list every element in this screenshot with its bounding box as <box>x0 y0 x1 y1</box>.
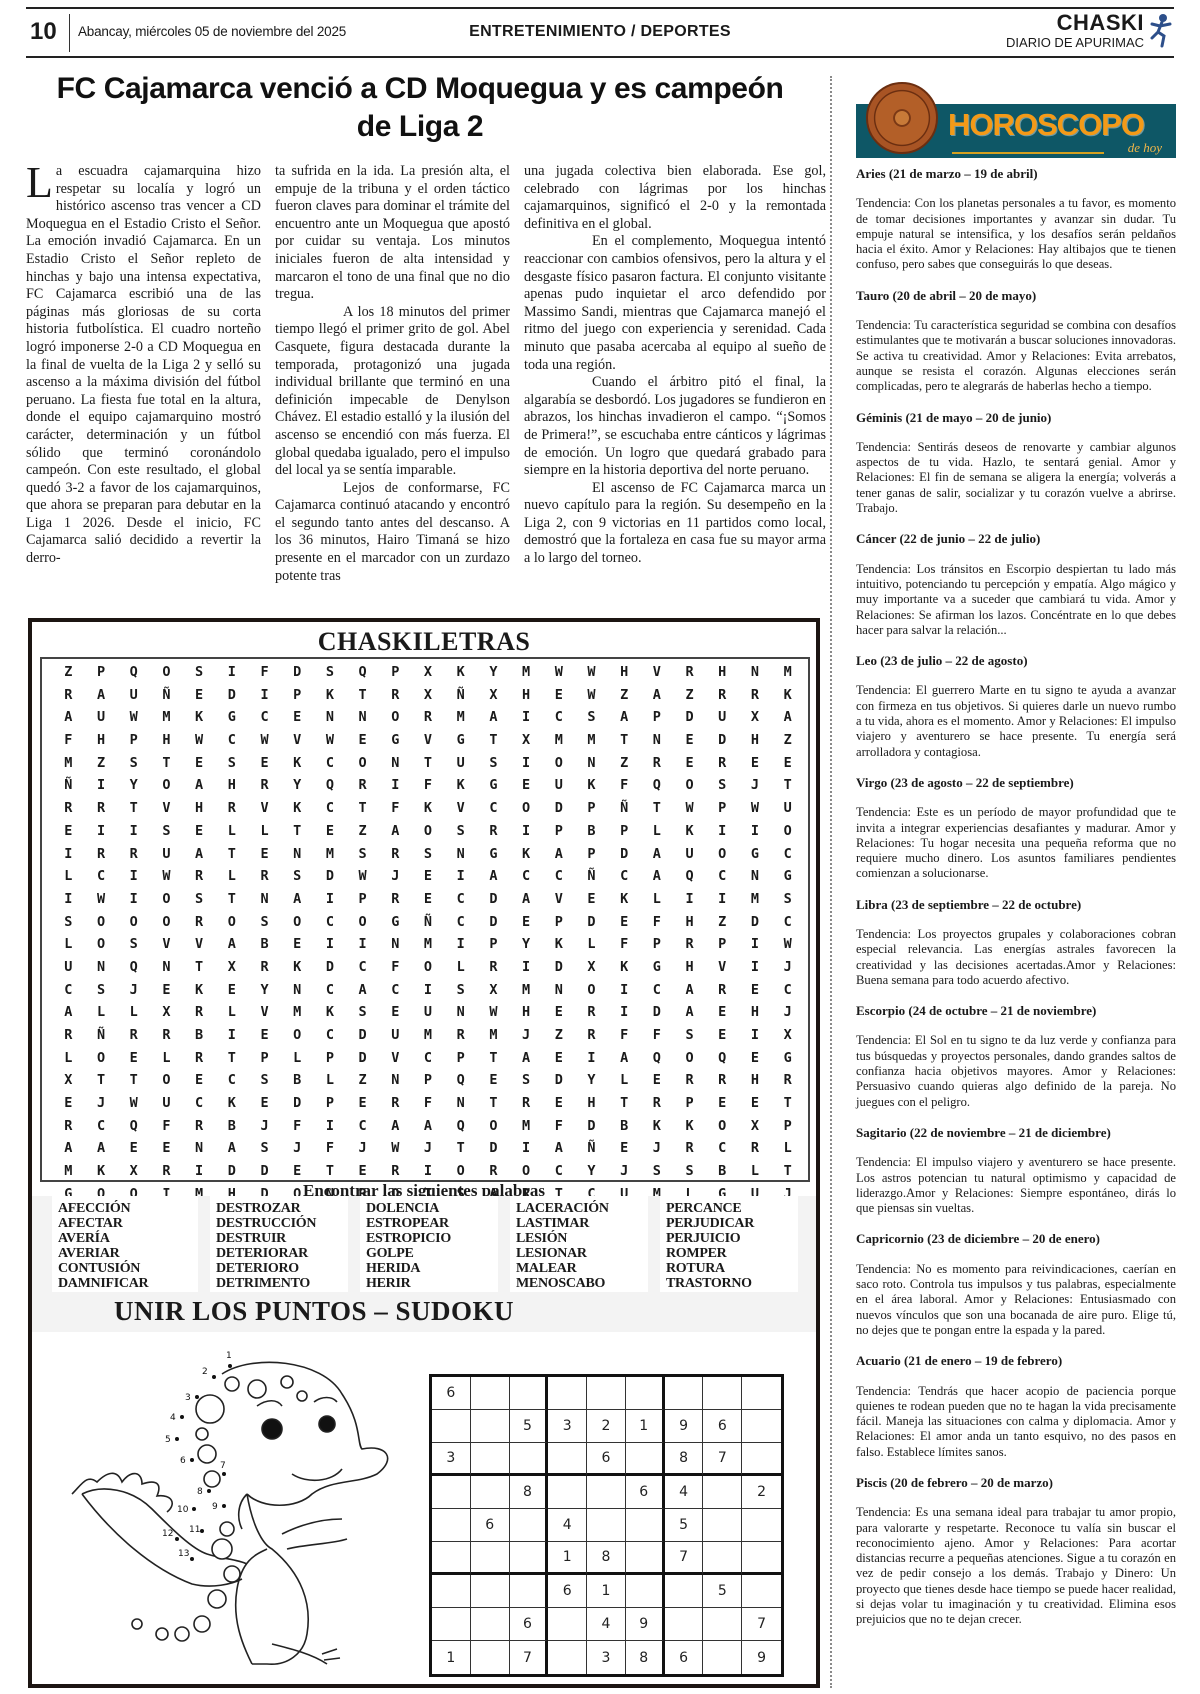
horoscope-title: HOROSCOPO <box>948 107 1144 143</box>
wordsearch-letter: H <box>85 729 118 752</box>
wordsearch-letter: E <box>52 820 85 843</box>
sudoku-cell: 6 <box>587 1443 626 1476</box>
wordsearch-letter: O <box>346 911 379 934</box>
wordsearch-letter: O <box>150 774 183 797</box>
wordsearch-letter: J <box>739 774 772 797</box>
wordsearch-letter: W <box>477 1001 510 1024</box>
wordsearch-letter: A <box>412 1115 445 1138</box>
wordsearch-letter: K <box>314 1001 347 1024</box>
wordsearch-letter: B <box>215 1115 248 1138</box>
article-paragraph: Lejos de conformarse, FC Cajamarca conti… <box>275 480 510 586</box>
wordsearch-letter: L <box>281 1047 314 1070</box>
wordsearch-letter: D <box>542 797 575 820</box>
wordsearch-letter: Y <box>510 933 543 956</box>
wordsearch-letter: T <box>477 729 510 752</box>
sign-title: Leo (23 de julio – 22 de agosto) <box>856 653 1176 668</box>
sudoku-cell[interactable] <box>742 1542 781 1575</box>
wordsearch-letter: C <box>215 729 248 752</box>
wordsearch-letter: K <box>608 888 641 911</box>
wordsearch-letter: R <box>85 797 118 820</box>
wordsearch-letter: C <box>771 843 804 866</box>
word-item: CONTUSIÓN <box>58 1261 198 1276</box>
word-item: HERIDA <box>366 1261 498 1276</box>
wordsearch-letter: E <box>542 684 575 707</box>
wordsearch-letter: X <box>412 684 445 707</box>
wordsearch-letter: W <box>771 933 804 956</box>
sudoku-cell[interactable] <box>471 1443 510 1476</box>
wordsearch-letter: D <box>281 1092 314 1115</box>
wordsearch-letter: S <box>117 933 150 956</box>
sudoku-cell: 8 <box>665 1443 704 1476</box>
wordsearch-letter: I <box>412 1160 445 1183</box>
wordsearch-letter: S <box>346 1001 379 1024</box>
wordsearch-letter: S <box>85 979 118 1002</box>
wordsearch-letter: W <box>248 729 281 752</box>
wordsearch-letter: H <box>673 911 706 934</box>
wordsearch-letter: H <box>608 661 641 684</box>
sudoku-cell[interactable] <box>742 1509 781 1542</box>
wordsearch-letter: R <box>215 797 248 820</box>
sudoku-cell: 8 <box>626 1641 665 1674</box>
sudoku-cell[interactable] <box>432 1509 471 1542</box>
svg-text:7: 7 <box>220 1461 226 1471</box>
wordsearch-letter: A <box>477 865 510 888</box>
wordsearch-letter: E <box>575 888 608 911</box>
wordsearch-letter: R <box>183 1047 216 1070</box>
wordsearch-letter: L <box>248 820 281 843</box>
wordsearch-letter: O <box>412 820 445 843</box>
word-item: DESTRUIR <box>216 1231 348 1246</box>
wordsearch-letter: Ñ <box>412 911 445 934</box>
wordsearch-letter: T <box>150 752 183 775</box>
sudoku-cell[interactable] <box>548 1377 587 1410</box>
wordsearch-letter: C <box>608 865 641 888</box>
wordsearch-letter: I <box>444 865 477 888</box>
sign-title: Capricornio (23 de diciembre – 20 de ene… <box>856 1231 1176 1246</box>
wordsearch-letter: Z <box>608 684 641 707</box>
wordsearch-letter: C <box>52 979 85 1002</box>
wordsearch-letter: I <box>510 1137 543 1160</box>
wordsearch-letter: F <box>379 956 412 979</box>
sudoku-cell: 5 <box>510 1410 549 1443</box>
sudoku-cell[interactable] <box>742 1575 781 1608</box>
wordsearch-letter: A <box>215 1137 248 1160</box>
wordsearch-letter: S <box>771 888 804 911</box>
svg-text:6: 6 <box>180 1456 186 1466</box>
sudoku-cell[interactable] <box>626 1377 665 1410</box>
wordsearch-letter: O <box>379 706 412 729</box>
wordsearch-letter: V <box>150 797 183 820</box>
chaski-runner-logo-icon <box>1148 12 1174 50</box>
sudoku-cell[interactable] <box>510 1377 549 1410</box>
wordsearch-letter: R <box>379 843 412 866</box>
wordsearch-letter: S <box>575 706 608 729</box>
sudoku-cell: 1 <box>432 1641 471 1674</box>
sudoku-cell[interactable] <box>510 1509 549 1542</box>
wordsearch-letter: V <box>379 1047 412 1070</box>
wordsearch-letter: K <box>183 706 216 729</box>
wordsearch-letter: T <box>346 797 379 820</box>
sudoku-cell[interactable] <box>626 1542 665 1575</box>
brand-subtitle: DIARIO DE APURIMAC <box>1006 36 1144 49</box>
wordsearch-letter: U <box>150 843 183 866</box>
sudoku-cell: 6 <box>665 1641 704 1674</box>
wordsearch-letter: K <box>771 684 804 707</box>
wordsearch-letter: M <box>477 1024 510 1047</box>
wordsearch-letter: I <box>85 820 118 843</box>
article-paragraph: A los 18 minutos del primer tiempo llegó… <box>275 304 510 480</box>
wordsearch-letter: L <box>215 865 248 888</box>
sudoku-cell[interactable] <box>548 1608 587 1641</box>
wordsearch-letter: N <box>444 843 477 866</box>
wordsearch-letter: P <box>575 797 608 820</box>
wordsearch-letter: U <box>52 956 85 979</box>
wordsearch-letter: S <box>510 1069 543 1092</box>
sudoku-cell[interactable] <box>703 1641 742 1674</box>
wordsearch-letter: X <box>117 1160 150 1183</box>
wordsearch-letter: S <box>183 661 216 684</box>
wordsearch-letter: A <box>379 820 412 843</box>
sudoku-cell[interactable] <box>703 1608 742 1641</box>
wordsearch-letter: R <box>706 1069 739 1092</box>
wordsearch-letter: O <box>542 752 575 775</box>
wordsearch-letter: W <box>117 1092 150 1115</box>
wordsearch-letter: U <box>150 1092 183 1115</box>
wordsearch-letter: M <box>412 1024 445 1047</box>
sudoku-cell[interactable] <box>626 1509 665 1542</box>
wordsearch-letter: S <box>444 820 477 843</box>
sudoku-cell[interactable] <box>432 1410 471 1443</box>
wordsearch-letter: R <box>52 1115 85 1138</box>
wordsearch-letter: O <box>346 752 379 775</box>
sudoku-cell[interactable] <box>471 1377 510 1410</box>
wordsearch-letter: X <box>575 956 608 979</box>
wordsearch-letter: E <box>183 820 216 843</box>
wordsearch-letter: E <box>739 752 772 775</box>
wordsearch-letter: F <box>412 1092 445 1115</box>
wordsearch-letter: R <box>575 1001 608 1024</box>
wordsearch-letter: A <box>608 1047 641 1070</box>
wordsearch-letter: F <box>379 797 412 820</box>
wordsearch-letter: F <box>641 1024 674 1047</box>
drop-cap: L <box>26 165 53 201</box>
wordsearch-letter: S <box>117 752 150 775</box>
wordsearch-letter: X <box>771 1024 804 1047</box>
sudoku-cell[interactable] <box>587 1509 626 1542</box>
wordsearch-letter: D <box>346 1047 379 1070</box>
sudoku-cell[interactable] <box>626 1443 665 1476</box>
wordsearch-letter: W <box>183 729 216 752</box>
wordsearch-letter: P <box>314 1092 347 1115</box>
wordsearch-letter: O <box>150 661 183 684</box>
wordsearch-letter: Z <box>608 752 641 775</box>
wordsearch-letter: O <box>575 979 608 1002</box>
wordsearch-letter: L <box>641 820 674 843</box>
wordsearch-letter: X <box>412 661 445 684</box>
wordsearch-letter: A <box>52 706 85 729</box>
wordsearch-letter: C <box>771 911 804 934</box>
wordsearch-letter: E <box>248 752 281 775</box>
wordsearch-letter: C <box>444 911 477 934</box>
wordsearch-letter: E <box>281 706 314 729</box>
wordsearch-letter: T <box>346 684 379 707</box>
sudoku-cell[interactable] <box>510 1575 549 1608</box>
wordsearch-letter: A <box>542 843 575 866</box>
word-item: PERJUDICAR <box>666 1216 798 1231</box>
wordsearch-letter: E <box>215 979 248 1002</box>
sign-body: Tendencia: No es momento para reivindica… <box>856 1262 1176 1338</box>
wordsearch-letter: C <box>314 911 347 934</box>
wordsearch-letter: K <box>641 1115 674 1138</box>
wordsearch-letter: O <box>281 1024 314 1047</box>
sudoku-cell[interactable] <box>665 1608 704 1641</box>
wordsearch-letter: H <box>739 1069 772 1092</box>
wordsearch-letter: E <box>379 1001 412 1024</box>
article-column-2: ta sufrida en la ida. La presión alta, e… <box>275 163 510 603</box>
wordsearch-letter: R <box>771 1069 804 1092</box>
wordsearch-grid-box: ZPQOSIFDSQPXKYMWWHVRHNMRAUÑEDIPKTRXÑXHEW… <box>40 657 810 1182</box>
word-item: PERJUICIO <box>666 1231 798 1246</box>
wordsearch-letter: U <box>117 684 150 707</box>
wordsearch-letter: F <box>314 1137 347 1160</box>
wordsearch-letter: Q <box>444 1115 477 1138</box>
wordsearch-letter: C <box>641 979 674 1002</box>
wordsearch-letter: G <box>444 729 477 752</box>
wordsearch-letter: R <box>673 1137 706 1160</box>
wordsearch-letter: L <box>52 865 85 888</box>
sudoku-cell[interactable] <box>703 1377 742 1410</box>
wordsearch-letter: O <box>215 911 248 934</box>
wordsearch-letter: K <box>444 661 477 684</box>
sudoku-cell[interactable] <box>471 1410 510 1443</box>
wordsearch-letter: E <box>248 1024 281 1047</box>
sign-entry-tauro: Tauro (20 de abril – 20 de mayo)Tendenci… <box>856 288 1176 395</box>
sudoku-cell[interactable] <box>626 1575 665 1608</box>
wordsearch-letter: J <box>346 1137 379 1160</box>
sign-entry-aries: Aries (21 de marzo – 19 de abril)Tendenc… <box>856 166 1176 273</box>
wordsearch-letter: N <box>150 956 183 979</box>
sudoku-cell[interactable] <box>471 1575 510 1608</box>
wordsearch-letter: P <box>641 933 674 956</box>
wordsearch-letter: F <box>608 933 641 956</box>
wordsearch-letter: F <box>412 774 445 797</box>
wordsearch-letter: O <box>412 956 445 979</box>
sudoku-cell: 4 <box>587 1608 626 1641</box>
wordsearch-letter: A <box>542 1137 575 1160</box>
wordsearch-letter: E <box>739 1092 772 1115</box>
sudoku-cell[interactable] <box>510 1443 549 1476</box>
wordsearch-letter: S <box>314 661 347 684</box>
sudoku-cell[interactable] <box>471 1476 510 1509</box>
wordsearch-letter: I <box>314 888 347 911</box>
sign-body: Tendencia: Los proyectos grupales y cola… <box>856 927 1176 988</box>
wordsearch-letter: W <box>575 684 608 707</box>
wordsearch-letter: O <box>444 1160 477 1183</box>
wordsearch-letter: R <box>248 865 281 888</box>
wordsearch-letter: A <box>510 1047 543 1070</box>
wordsearch-letter: I <box>510 706 543 729</box>
wordsearch-letter: R <box>412 706 445 729</box>
sudoku-cell[interactable] <box>665 1377 704 1410</box>
wordsearch-letter: Ñ <box>575 865 608 888</box>
wordsearch-letter: S <box>346 843 379 866</box>
wordsearch-letter: K <box>673 1115 706 1138</box>
section-title: ENTRETENIMIENTO / DEPORTES <box>26 23 1174 41</box>
wordsearch-letter: C <box>510 865 543 888</box>
wordsearch-letter: C <box>314 1024 347 1047</box>
wordsearch-letter: Z <box>52 661 85 684</box>
wordsearch-letter: R <box>150 1160 183 1183</box>
sudoku-cell: 7 <box>665 1542 704 1575</box>
wordsearch-letter: I <box>608 1001 641 1024</box>
wordsearch-letter: F <box>52 729 85 752</box>
puzzle-section: CHASKILETRAS ZPQOSIFDSQPXKYMWWHVRHNMRAUÑ… <box>28 618 820 1688</box>
wordsearch-letter: L <box>52 1047 85 1070</box>
brand-block: CHASKI DIARIO DE APURIMAC <box>1006 12 1144 49</box>
wordsearch-letter: R <box>739 1137 772 1160</box>
wordsearch-letter: L <box>215 820 248 843</box>
sudoku-cell: 9 <box>665 1410 704 1443</box>
article-paragraph: una jugada colectiva bien elaborada. Ese… <box>524 163 826 233</box>
word-item: MALEAR <box>516 1261 648 1276</box>
wordsearch-letter: E <box>314 820 347 843</box>
wordsearch-letter: U <box>771 797 804 820</box>
sudoku-cell[interactable] <box>471 1641 510 1674</box>
wordsearch-letter: E <box>739 979 772 1002</box>
sudoku-cell[interactable] <box>548 1641 587 1674</box>
sudoku-cell[interactable] <box>742 1443 781 1476</box>
sudoku-cell[interactable] <box>432 1608 471 1641</box>
words-column: LACERACIÓN LASTIMAR LESIÓN LESIONAR MALE… <box>510 1196 648 1293</box>
wordsearch-letter: L <box>444 956 477 979</box>
wordsearch-letter: J <box>771 956 804 979</box>
sudoku-cell: 6 <box>703 1410 742 1443</box>
sudoku-cell: 9 <box>626 1608 665 1641</box>
sign-entry-escorpio: Escorpio (24 de octubre – 21 de noviembr… <box>856 1003 1176 1110</box>
wordsearch-letter: E <box>117 1137 150 1160</box>
wordsearch-letter: I <box>739 956 772 979</box>
wordsearch-letter: C <box>85 1115 118 1138</box>
sudoku-cell[interactable] <box>432 1575 471 1608</box>
sudoku-cell[interactable] <box>471 1608 510 1641</box>
wordsearch-letter: V <box>248 1001 281 1024</box>
word-item: MENOSCABO <box>516 1276 648 1291</box>
wordsearch-letter: A <box>52 1001 85 1024</box>
wordsearch-letter: K <box>510 843 543 866</box>
wordsearch-letter: G <box>477 843 510 866</box>
wordsearch-letter: M <box>444 706 477 729</box>
word-item: ROTURA <box>666 1261 798 1276</box>
wordsearch-letter: E <box>150 979 183 1002</box>
word-item: LACERACIÓN <box>516 1201 648 1216</box>
wordsearch-letter: W <box>575 661 608 684</box>
wordsearch-letter: E <box>183 752 216 775</box>
wordsearch-letter: O <box>673 774 706 797</box>
wordsearch-letter: N <box>739 661 772 684</box>
wordsearch-letter: T <box>215 1047 248 1070</box>
sign-entry-piscis: Piscis (20 de febrero – 20 de marzo)Tend… <box>856 1475 1176 1628</box>
wordsearch-letter: D <box>477 888 510 911</box>
word-item: LESIÓN <box>516 1231 648 1246</box>
sudoku-cell[interactable] <box>471 1542 510 1575</box>
wordsearch-letter: Q <box>641 774 674 797</box>
wordsearch-letter: U <box>412 1001 445 1024</box>
wordsearch-letter: R <box>510 1092 543 1115</box>
sudoku-cell[interactable] <box>510 1542 549 1575</box>
sign-entry-cancer: Cáncer (22 de junio – 22 de julio)Tenden… <box>856 531 1176 638</box>
wordsearch-letter: K <box>183 979 216 1002</box>
svg-text:10: 10 <box>177 1505 189 1515</box>
wordsearch-letter: R <box>739 684 772 707</box>
wordsearch-letter: F <box>608 1024 641 1047</box>
wordsearch-letter: I <box>346 933 379 956</box>
sudoku-cell[interactable] <box>703 1476 742 1509</box>
wordsearch-letter: E <box>248 843 281 866</box>
wordsearch-letter: Y <box>248 979 281 1002</box>
sudoku-cell: 3 <box>432 1443 471 1476</box>
wordsearch-letter: A <box>346 979 379 1002</box>
wordsearch-letter: Ñ <box>85 1024 118 1047</box>
wordsearch-letter: E <box>183 1069 216 1092</box>
wordsearch-letter: D <box>281 661 314 684</box>
wordsearch-letter: Z <box>706 911 739 934</box>
sudoku-cell[interactable] <box>432 1476 471 1509</box>
wordsearch-letter: T <box>314 1160 347 1183</box>
wordsearch-letter: R <box>444 1024 477 1047</box>
sudoku-cell[interactable] <box>742 1377 781 1410</box>
article-paragraph: En el complemento, Moquegua intentó reac… <box>524 233 826 374</box>
wordsearch-letter: L <box>739 1160 772 1183</box>
horoscope-list: Aries (21 de marzo – 19 de abril)Tendenc… <box>856 166 1176 1643</box>
article-headline: FC Cajamarca venció a CD Moquegua y es c… <box>40 70 800 146</box>
sign-body: Tendencia: Los tránsitos en Escorpio des… <box>856 562 1176 638</box>
wordsearch-letter: L <box>771 1137 804 1160</box>
sudoku-cell[interactable] <box>703 1509 742 1542</box>
wordsearch-letter: R <box>641 752 674 775</box>
wordsearch-letter: Q <box>444 1069 477 1092</box>
sign-title: Virgo (23 de agosto – 22 de septiembre) <box>856 775 1176 790</box>
sign-body: Tendencia: Este es un período de mayor p… <box>856 805 1176 881</box>
wordsearch-letter: E <box>706 1024 739 1047</box>
wordsearch-letter: O <box>85 911 118 934</box>
wordsearch-letter: X <box>477 979 510 1002</box>
sudoku-cell[interactable] <box>665 1575 704 1608</box>
wordsearch-letter: N <box>641 729 674 752</box>
wordsearch-letter: Ñ <box>608 797 641 820</box>
wordsearch-letter: I <box>706 820 739 843</box>
wordsearch-letter: G <box>379 911 412 934</box>
sudoku-cell[interactable] <box>742 1410 781 1443</box>
sudoku-cell[interactable] <box>432 1542 471 1575</box>
wordsearch-letter: N <box>444 1001 477 1024</box>
wordsearch-letter: I <box>52 888 85 911</box>
wordsearch-letter: J <box>641 1137 674 1160</box>
wordsearch-letter: P <box>706 933 739 956</box>
wordsearch-letter: A <box>673 1001 706 1024</box>
sudoku-cell[interactable] <box>703 1542 742 1575</box>
sudoku-cell[interactable] <box>587 1476 626 1509</box>
word-item: AVERIAR <box>58 1246 198 1261</box>
wordsearch-letter: K <box>542 933 575 956</box>
sudoku-cell[interactable] <box>587 1377 626 1410</box>
sign-title: Sagitario (22 de noviembre – 21 de dicie… <box>856 1125 1176 1140</box>
sudoku-cell[interactable] <box>548 1476 587 1509</box>
wordsearch-letter: I <box>215 661 248 684</box>
sudoku-cell[interactable] <box>548 1443 587 1476</box>
wordsearch-letter: N <box>542 979 575 1002</box>
wordsearch-letter: C <box>771 979 804 1002</box>
wordsearch-letter: O <box>477 1115 510 1138</box>
